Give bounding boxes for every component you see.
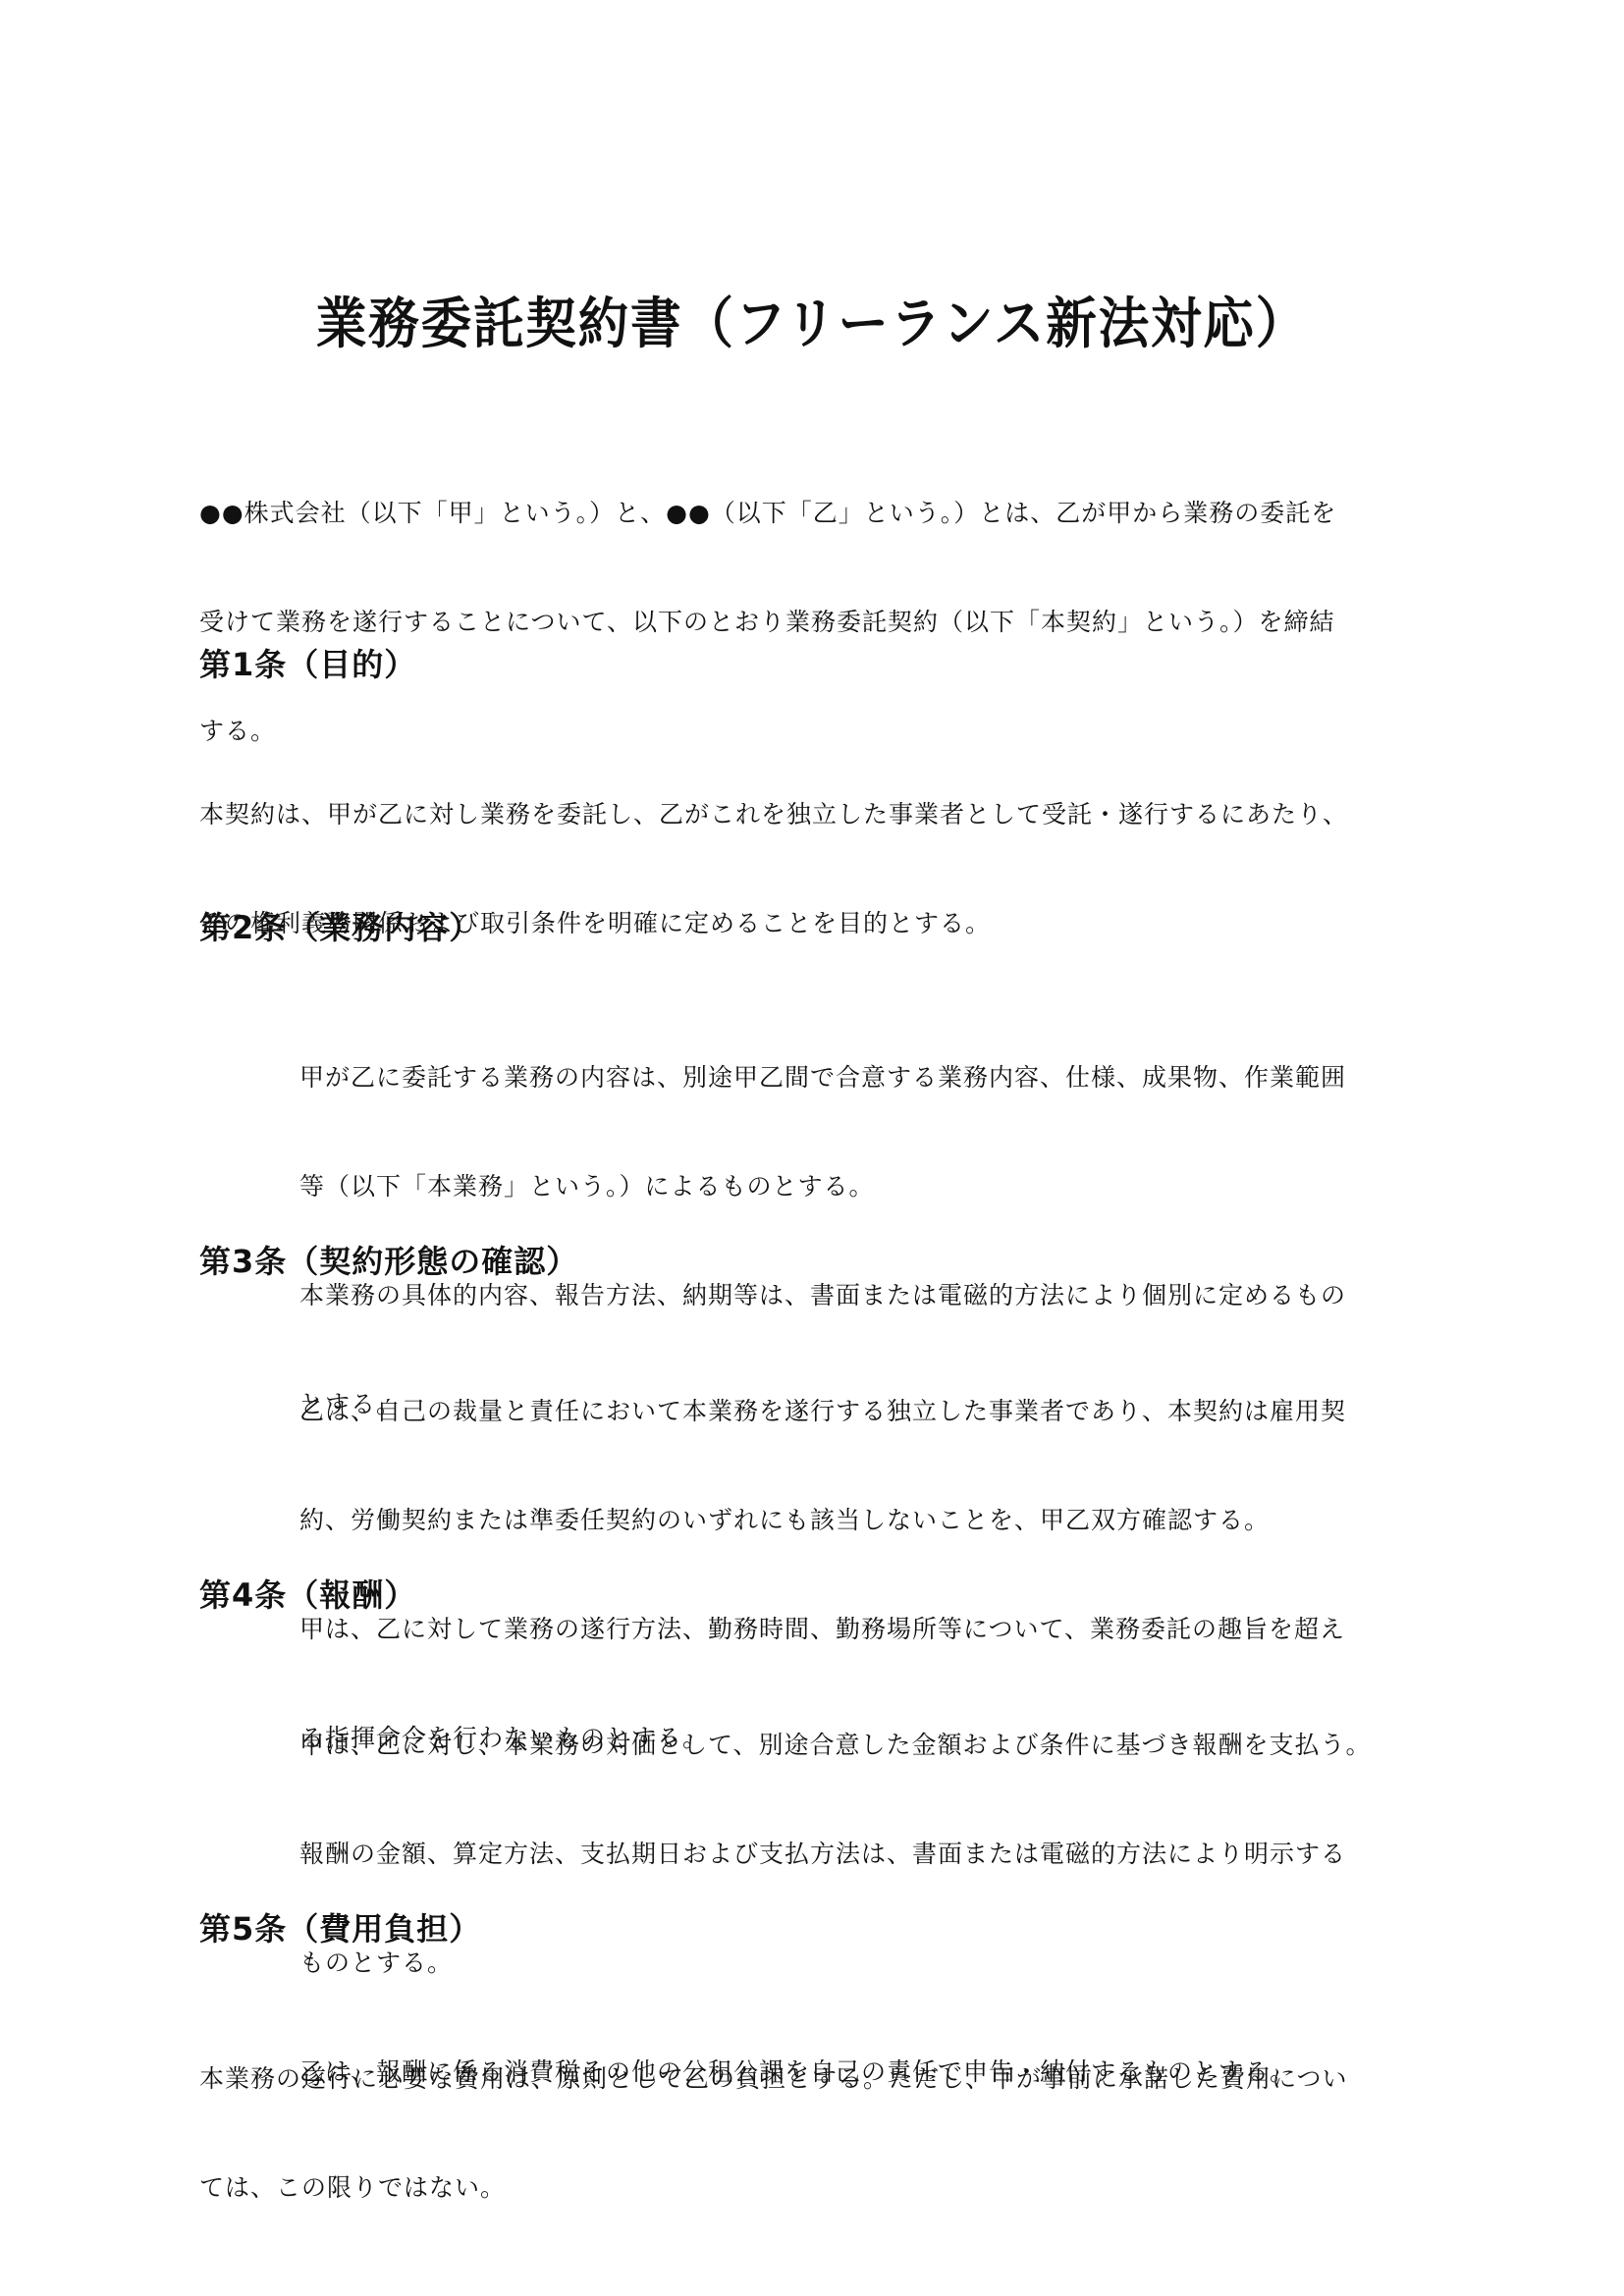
intro-line: ●●株式会社（以下「甲」という。）と、●●（以下「乙」という。）とは、乙が甲から…	[199, 495, 1336, 531]
article-line: ては、この限りではない。	[199, 2169, 1348, 2206]
article-line: 甲は、乙に対し、本業務の対価として、別途合意した金額および条件に基づき報酬を支払…	[299, 1727, 1372, 1763]
article-line: 甲は、乙に対して業務の遂行方法、勤務時間、勤務場所等について、業務委託の趣旨を超…	[299, 1611, 1346, 1647]
article-3-heading: 第3条（契約形態の確認）	[199, 1240, 578, 1283]
article-line: 約、労働契約または準委任契約のいずれにも該当しないことを、甲乙双方確認する。	[299, 1502, 1346, 1538]
article-2-heading: 第2条（業務内容）	[199, 906, 481, 949]
article-line: 甲が乙に委託する業務の内容は、別途甲乙間で合意する業務内容、仕様、成果物、作業範…	[299, 1059, 1346, 1095]
document-title: 業務委託契約書（フリーランス新法対応）	[65, 291, 1559, 359]
article-1-body: 本契約は、甲が乙に対し業務を委託し、乙がこれを独立した事業者として受託・遂行する…	[199, 723, 1348, 1014]
article-1-heading: 第1条（目的）	[199, 643, 416, 686]
article-5-heading: 第5条（費用負担）	[199, 1907, 481, 1950]
document-page: 業務委託契約書（フリーランス新法対応） ●●株式会社（以下「甲」という。）と、●…	[0, 0, 1624, 2296]
article-5-body: 本業務の遂行に必要な費用は、原則として乙の負担とする。ただし、甲が事前に承諾した…	[199, 1988, 1348, 2278]
article-line: 等（以下「本業務」という。）によるものとする。	[299, 1168, 1346, 1204]
article-line: 本業務の遂行に必要な費用は、原則として乙の負担とする。ただし、甲が事前に承諾した…	[199, 2060, 1348, 2097]
article-4-heading: 第4条（報酬）	[199, 1574, 416, 1617]
article-line: 乙は、自己の裁量と責任において本業務を遂行する独立した事業者であり、本契約は雇用…	[299, 1393, 1346, 1429]
intro-line: 受けて業務を遂行することについて、以下のとおり業務委託契約（以下「本契約」という…	[199, 604, 1336, 640]
article-line: 本契約は、甲が乙に対し業務を委託し、乙がこれを独立した事業者として受託・遂行する…	[199, 796, 1348, 832]
article-line: 報酬の金額、算定方法、支払期日および支払方法は、書面または電磁的方法により明示す…	[299, 1836, 1372, 1872]
